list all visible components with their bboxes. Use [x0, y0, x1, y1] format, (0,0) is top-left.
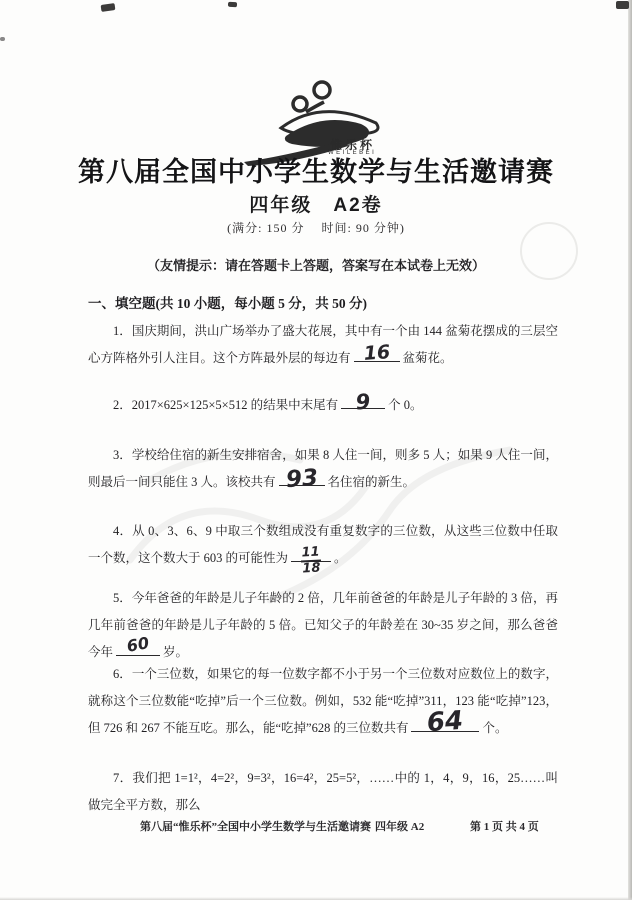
question-3-tail: 名住宿的新生。	[328, 475, 416, 489]
answer-blank-6: 64	[411, 720, 479, 732]
handwritten-answer-5: 60	[126, 635, 151, 655]
handwritten-answer-3: 93	[285, 467, 319, 492]
page-title: 第八届全国中小学生数学与生活邀请赛	[0, 150, 632, 189]
handwritten-answer-6: 64	[427, 708, 465, 736]
question-1-tail: 盆菊花。	[403, 351, 453, 365]
page-footer: 第八届“惟乐杯”全国中小学生数学与生活邀请赛 四年级 A2 第 1 页 共 4 …	[140, 818, 560, 834]
scan-artifact	[101, 3, 116, 12]
question-1: 1．国庆期间，洪山广场举办了盛大花展，其中有一个由 144 盆菊花摆成的三层空心…	[88, 318, 558, 372]
footer-grade-label: 四年级 A2	[375, 818, 470, 834]
question-6-tail: 个。	[482, 721, 507, 735]
question-5: 5．今年爸爸的年龄是儿子年龄的 2 倍，几年前爸爸的年龄是儿子年龄的 3 倍，再…	[88, 585, 558, 666]
question-2-tail: 个 0。	[388, 398, 422, 412]
fraction-denominator: 18	[301, 561, 322, 574]
question-1-text: 1．国庆期间，洪山广场举办了盛大花展，其中有一个由 144 盆菊花摆成的三层空心…	[88, 324, 558, 365]
question-5-tail: 岁。	[163, 645, 188, 659]
grade-paper-label: 四年级 A2卷	[0, 190, 632, 217]
answer-blank-4: 1118	[291, 550, 331, 562]
question-4: 4．从 0、3、6、9 中取三个数组成没有重复数字的三位数，从这些三位数中任取一…	[88, 518, 558, 572]
footer-page-number: 第 1 页 共 4 页	[470, 818, 560, 834]
question-4-tail: 。	[334, 551, 347, 565]
question-3: 3．学校给住宿的新生安排宿舍，如果 8 人住一间，则多 5 人；如果 9 人住一…	[88, 442, 558, 496]
answer-blank-3: 93	[279, 474, 325, 486]
answer-blank-1: 16	[354, 350, 400, 362]
friendly-notice: （友情提示：请在答题卡上答题，答案写在本试卷上无效）	[0, 255, 632, 274]
handwritten-answer-1: 16	[363, 343, 391, 364]
question-7: 7．我们把 1=1²，4=2²，9=3²，16=4²，25=5²，……中的 1，…	[88, 765, 558, 819]
handwritten-answer-4-fraction: 1118	[300, 546, 321, 575]
question-6: 6．一个三位数，如果它的每一位数字都不小于另一个三位数对应数位上的数字，就称这个…	[88, 661, 558, 742]
fraction-numerator: 11	[300, 546, 321, 559]
score-time-meta: (满分: 150 分 时间: 90 分钟)	[0, 219, 632, 236]
scan-artifact	[0, 37, 5, 41]
question-7-text: 7．我们把 1=1²，4=2²，9=3²，16=4²，25=5²，……中的 1，…	[88, 771, 558, 812]
footer-contest-name: 第八届“惟乐杯”全国中小学生数学与生活邀请赛	[140, 818, 375, 834]
question-2: 2．2017×625×125×5×512 的结果中末尾有9个 0。	[88, 392, 558, 419]
question-2-text: 2．2017×625×125×5×512 的结果中末尾有	[113, 398, 338, 412]
answer-blank-5: 60	[116, 644, 160, 656]
handwritten-answer-2: 9	[355, 392, 371, 414]
scan-artifact	[228, 2, 237, 8]
section-heading: 一、填空题(共 10 小题，每小题 5 分，共 50 分)	[88, 292, 558, 312]
scan-artifact	[616, 1, 629, 9]
answer-blank-2: 9	[341, 397, 385, 409]
